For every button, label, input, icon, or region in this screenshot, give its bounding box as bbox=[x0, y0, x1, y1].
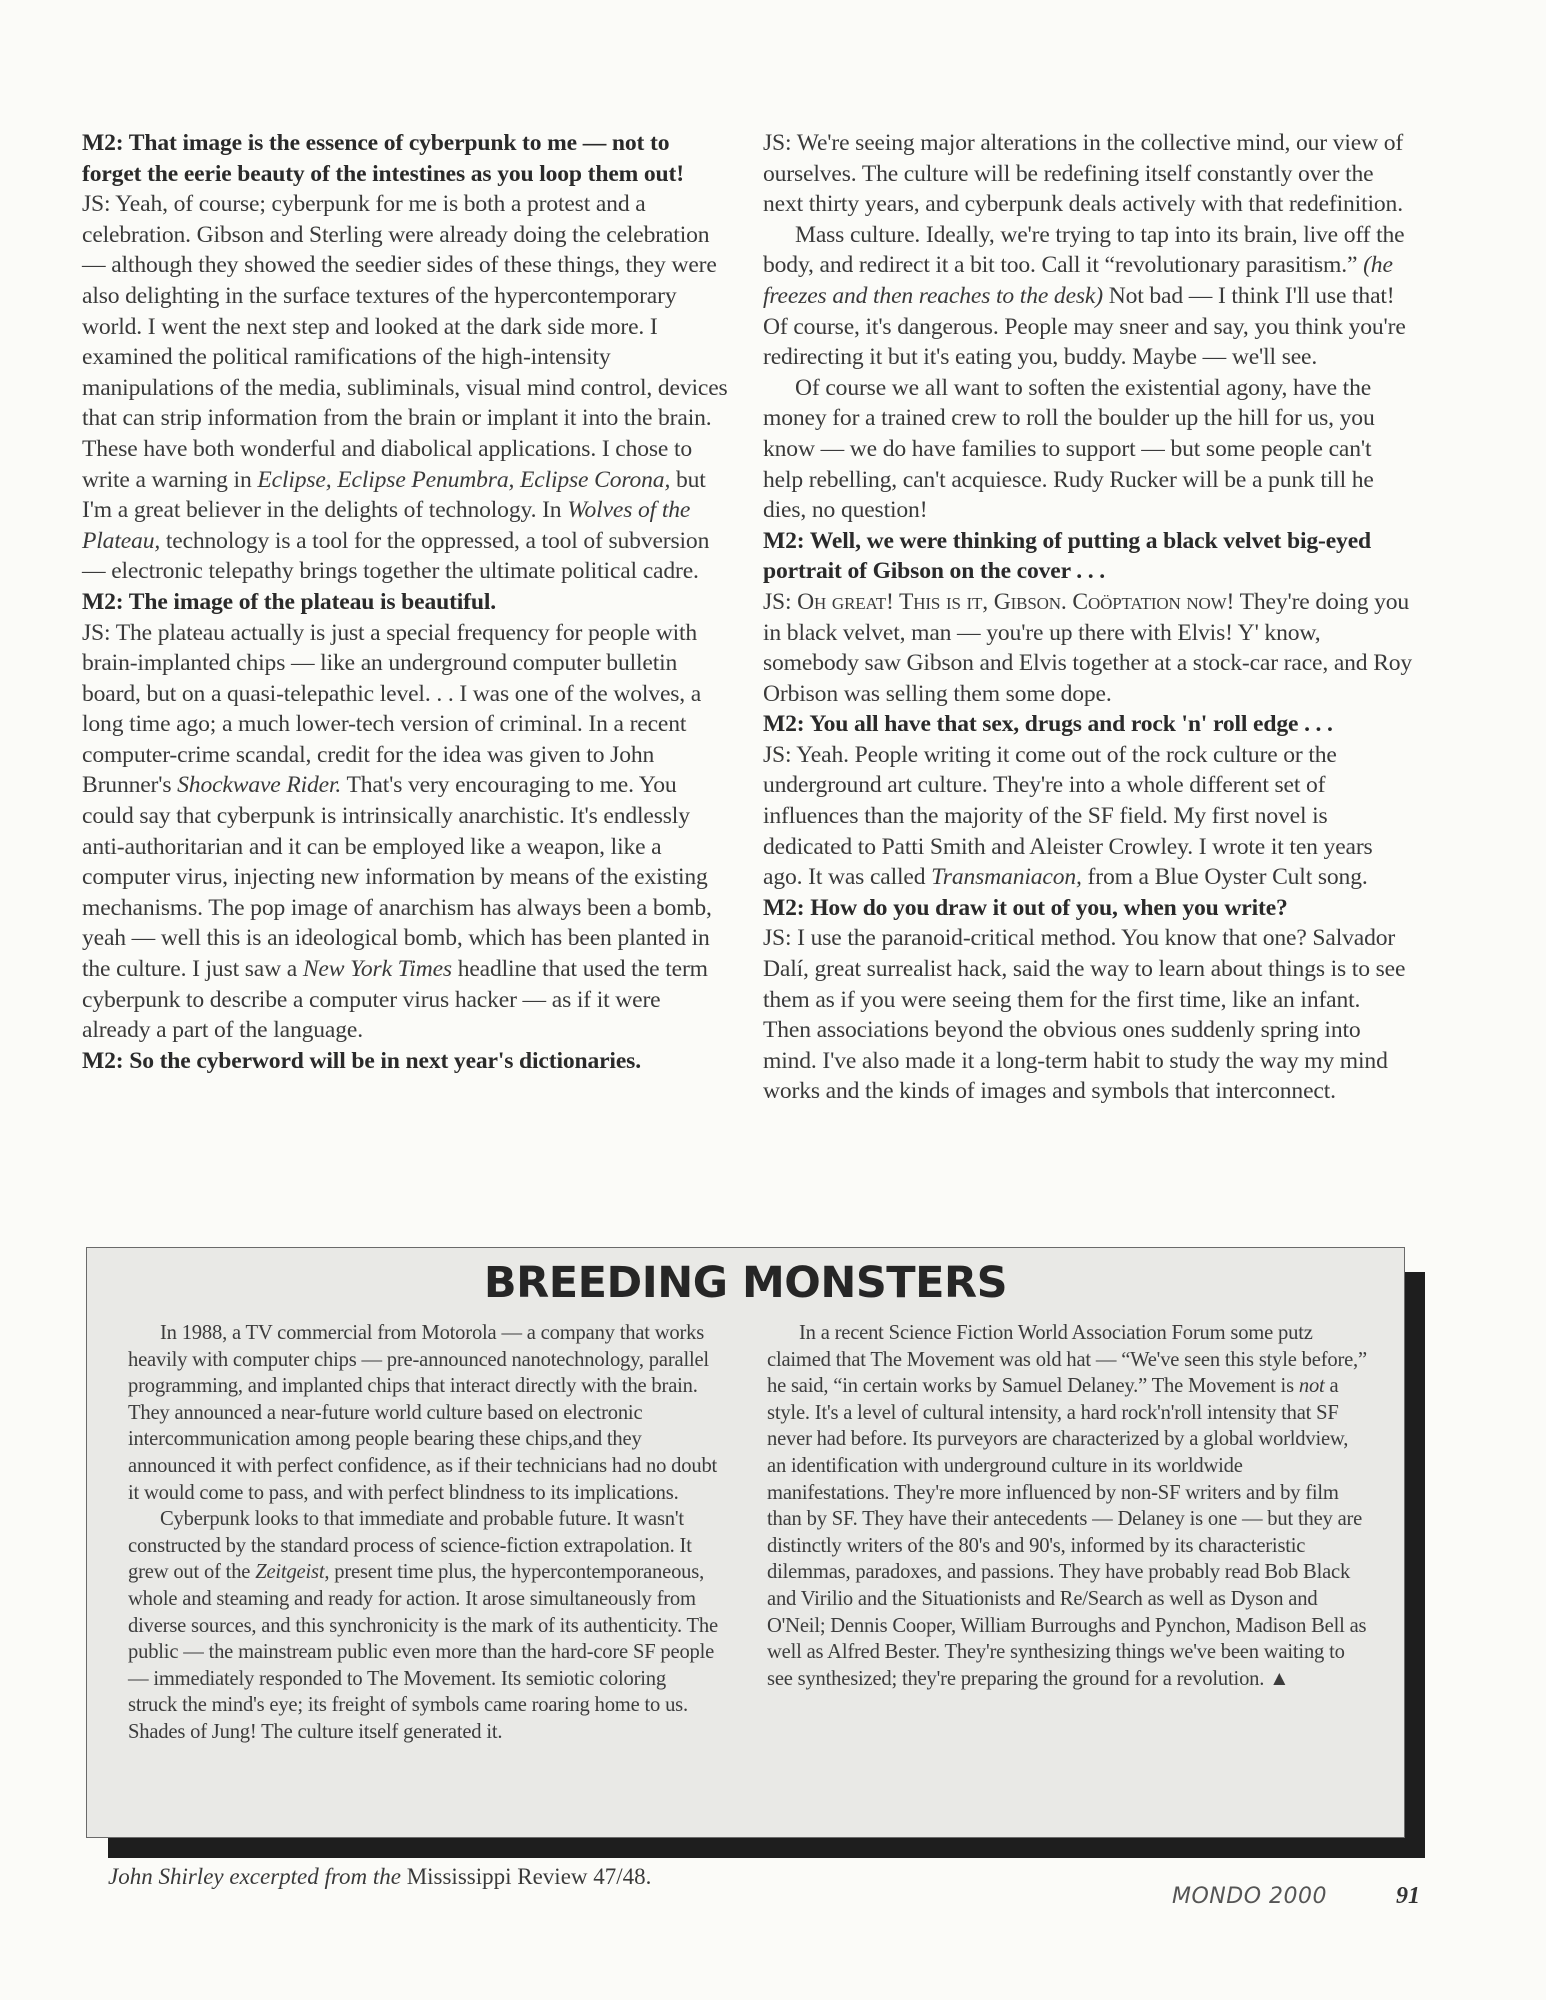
sidebar-paragraph: In 1988, a TV commercial from Motorola —… bbox=[128, 1320, 718, 1506]
caption-source: Mississippi Review 47/48. bbox=[407, 1864, 652, 1889]
interviewee-answer: JS: We're seeing major alterations in th… bbox=[763, 128, 1413, 220]
sidebar-box: BREEDING MONSTERS In 1988, a TV commerci… bbox=[86, 1247, 1405, 1838]
interview-right-column: JS: We're seeing major alterations in th… bbox=[763, 128, 1413, 1107]
sidebar-paragraph: In a recent Science Fiction World Associ… bbox=[767, 1320, 1367, 1692]
sidebar-paragraph: Cyberpunk looks to that immediate and pr… bbox=[128, 1506, 718, 1745]
magazine-name: MONDO 2000 bbox=[1172, 1884, 1327, 1909]
emphasis: not bbox=[1299, 1375, 1325, 1397]
interview-left-column: M2: That image is the essence of cyberpu… bbox=[82, 128, 732, 1076]
sidebar-title: BREEDING MONSTERS bbox=[87, 1258, 1404, 1308]
interviewer-question: M2: The image of the plateau is beautifu… bbox=[82, 587, 732, 618]
answer-text: technology is a tool for the oppressed, … bbox=[82, 528, 709, 585]
interviewer-question: M2: That image is the essence of cyberpu… bbox=[82, 128, 732, 189]
answer-text: That's very encouraging to me. You could… bbox=[82, 772, 712, 982]
paragraph-text: a style. It's a level of cultural intens… bbox=[767, 1375, 1366, 1690]
sidebar-left-column: In 1988, a TV commercial from Motorola —… bbox=[128, 1320, 718, 1746]
end-triangle-icon: ▲ bbox=[1264, 1668, 1289, 1690]
book-title: Shockwave Rider. bbox=[177, 772, 341, 798]
interviewer-question: M2: Well, we were thinking of putting a … bbox=[763, 526, 1413, 587]
book-title: Transmaniacon, bbox=[931, 864, 1082, 890]
interviewee-answer: JS: Yeah. People writing it come out of … bbox=[763, 740, 1413, 893]
interviewee-answer: JS: Yeah, of course; cyberpunk for me is… bbox=[82, 189, 732, 587]
small-caps-exclamation: Oh great! This is it, Gibson. Coöptation… bbox=[797, 589, 1234, 615]
answer-text: Mass culture. Ideally, we're trying to t… bbox=[763, 222, 1405, 279]
interviewee-answer: JS: Oh great! This is it, Gibson. Coöpta… bbox=[763, 587, 1413, 709]
speaker-label: JS: bbox=[763, 589, 797, 615]
source-caption: John Shirley excerpted from the Mississi… bbox=[108, 1864, 651, 1890]
interviewee-answer: Mass culture. Ideally, we're trying to t… bbox=[763, 220, 1413, 373]
page-number: 91 bbox=[1396, 1883, 1420, 1910]
answer-text: JS: Yeah, of course; cyberpunk for me is… bbox=[82, 191, 728, 492]
newspaper-title: New York Times bbox=[303, 956, 452, 982]
interviewer-question: M2: How do you draw it out of you, when … bbox=[763, 893, 1413, 924]
interviewer-question: M2: You all have that sex, drugs and roc… bbox=[763, 709, 1413, 740]
answer-text: from a Blue Oyster Cult song. bbox=[1082, 864, 1368, 890]
interviewee-answer: JS: I use the paranoid-critical method. … bbox=[763, 923, 1413, 1107]
paragraph-text: , present time plus, the hypercontempora… bbox=[128, 1561, 718, 1743]
emphasis: Zeitgeist bbox=[255, 1561, 324, 1583]
caption-italic: John Shirley excerpted from the bbox=[108, 1864, 407, 1889]
sidebar-right-column: In a recent Science Fiction World Associ… bbox=[767, 1320, 1367, 1692]
interviewer-question: M2: So the cyberword will be in next yea… bbox=[82, 1046, 732, 1077]
book-title: Eclipse, Eclipse Penumbra, Eclipse Coron… bbox=[257, 467, 670, 493]
interviewee-answer: Of course we all want to soften the exis… bbox=[763, 373, 1413, 526]
paragraph-text: In a recent Science Fiction World Associ… bbox=[767, 1322, 1367, 1397]
interviewee-answer: JS: The plateau actually is just a speci… bbox=[82, 618, 732, 1046]
